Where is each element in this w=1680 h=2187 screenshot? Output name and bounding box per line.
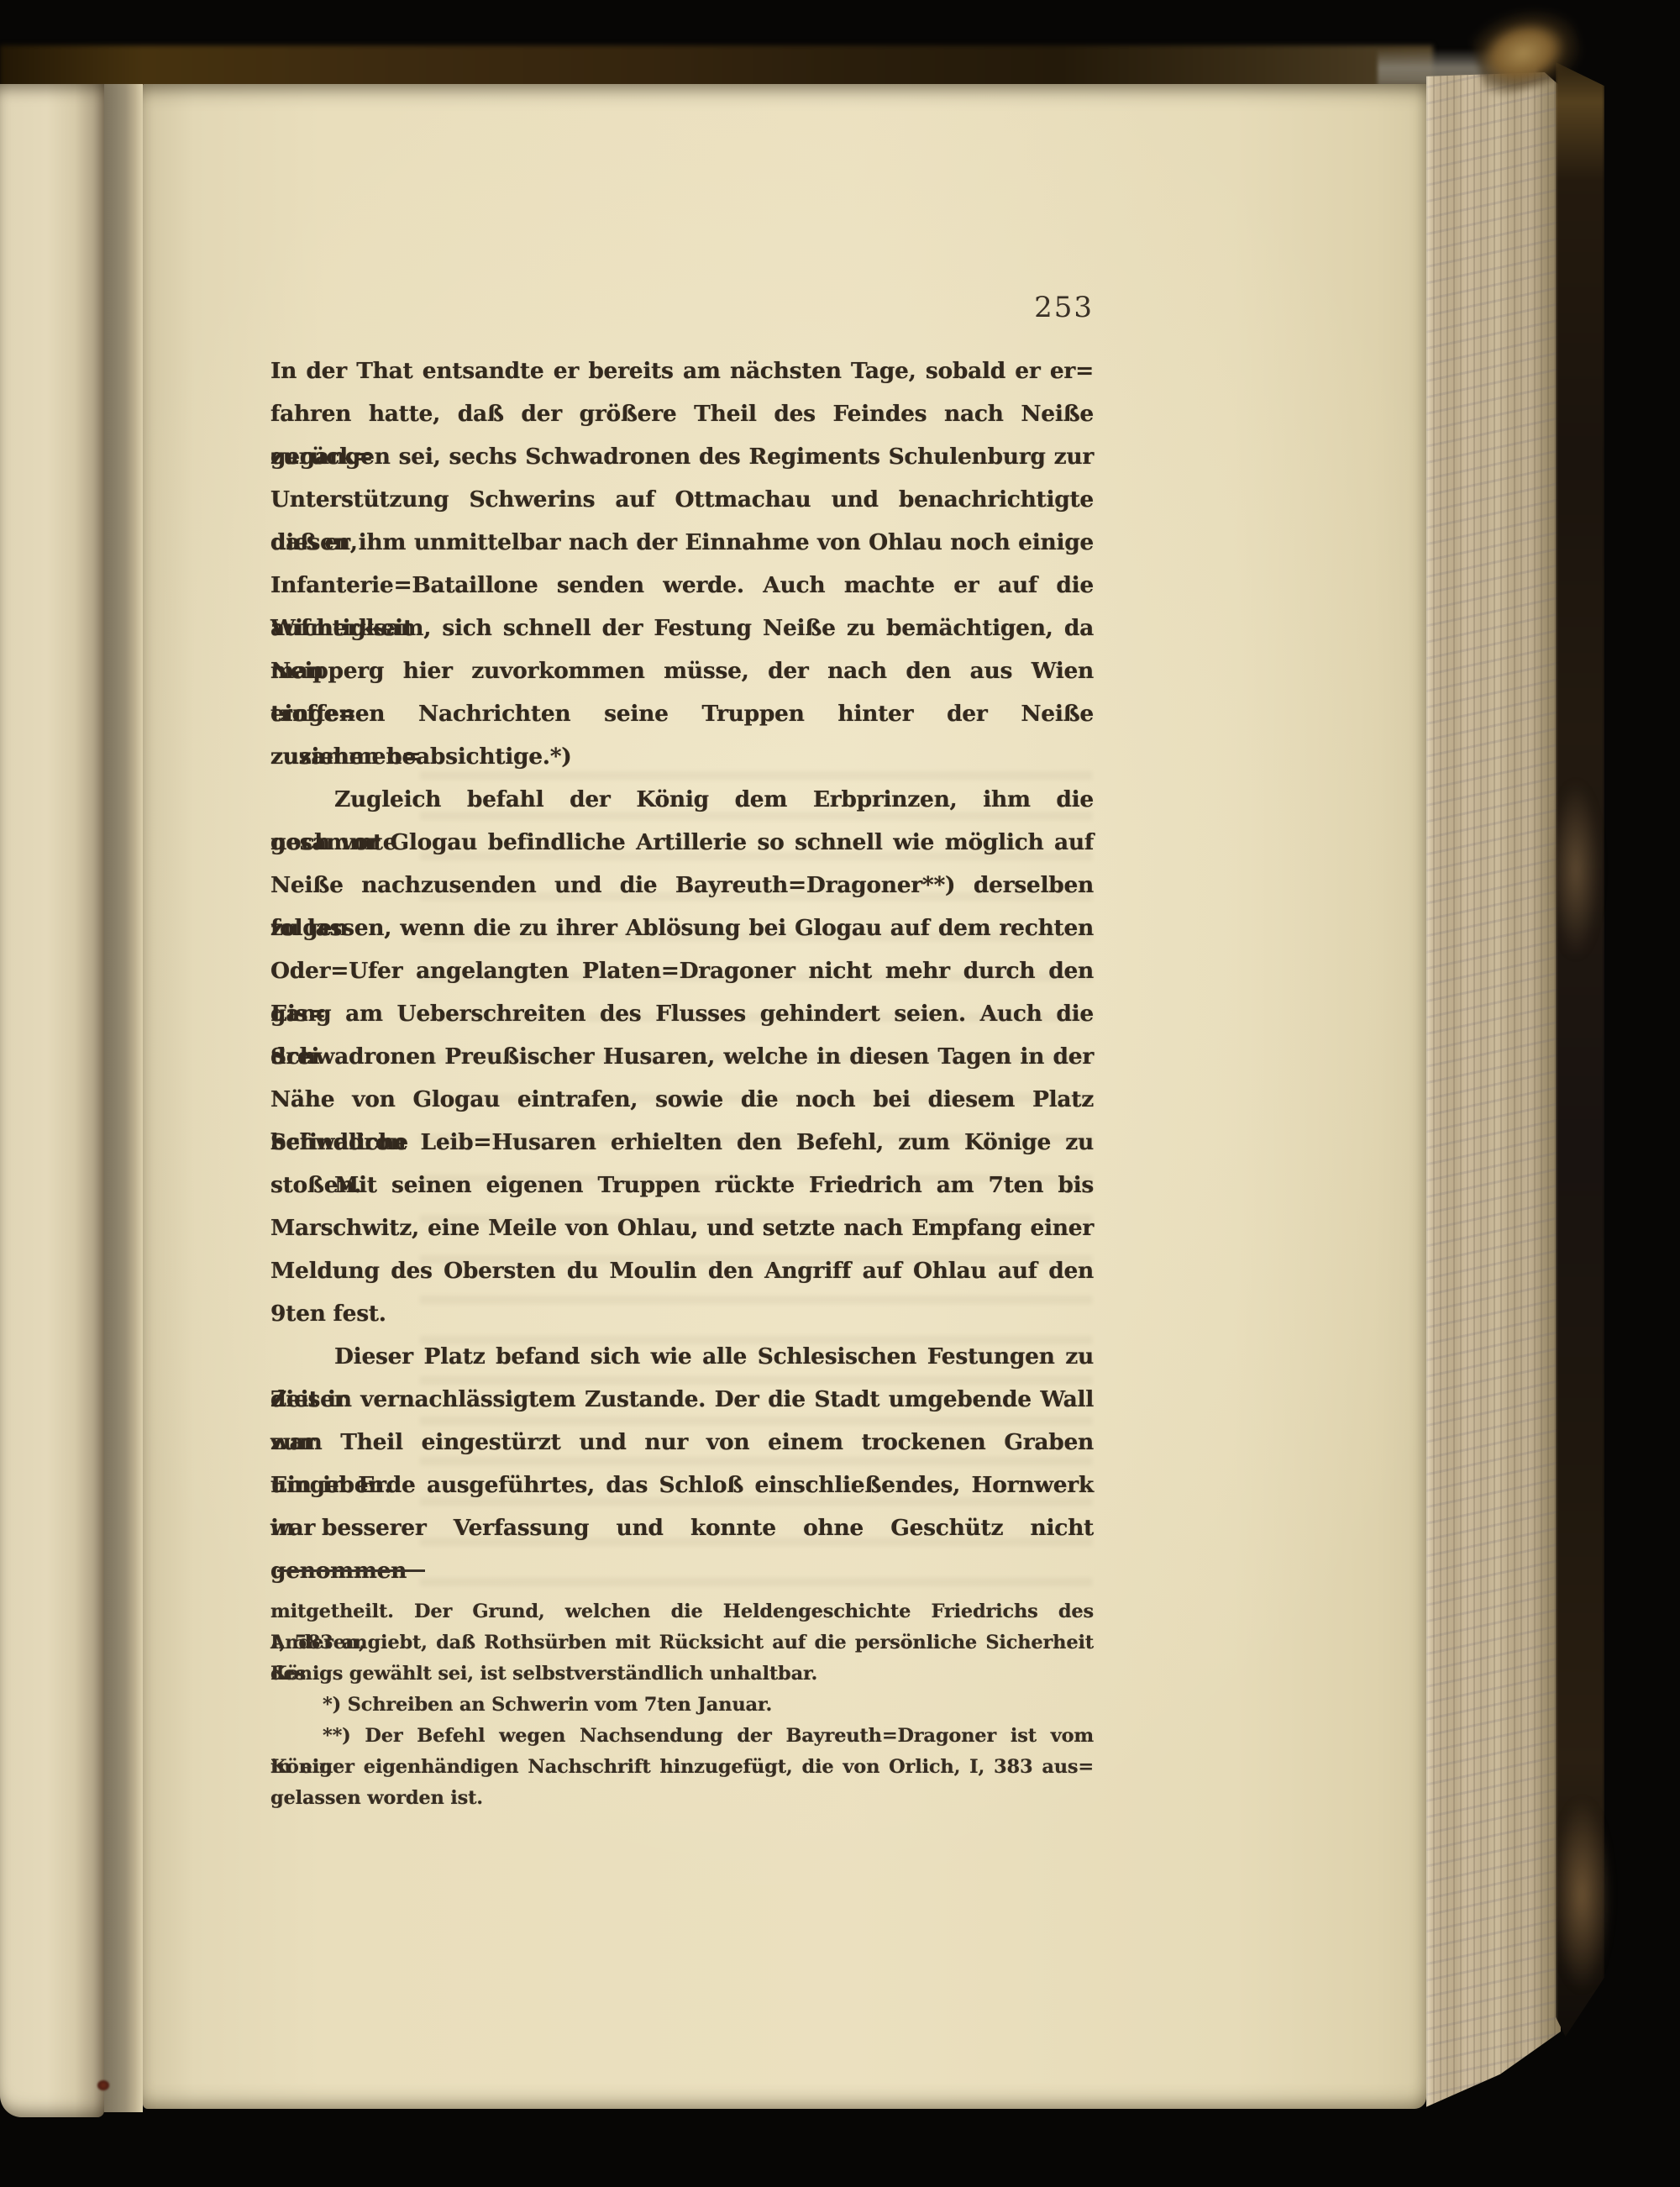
text-line: zuziehen beabsichtige.*) (270, 735, 1094, 778)
footnote-separator (277, 1569, 425, 1572)
text-line: Marschwitz, eine Meile von Ohlau, und se… (270, 1207, 1094, 1249)
text-line: daß er ihm unmittelbar nach der Einnahme… (270, 521, 1094, 564)
text-line: Infanterie=Bataillone senden werde. Auch… (270, 564, 1094, 607)
cover-marble-patch (1551, 781, 1601, 958)
cover-marble-patch (1552, 1798, 1611, 1991)
footnote-line: mitgetheilt. Der Grund, welchen die Held… (270, 1596, 1094, 1627)
text-line: zu lassen, wenn die zu ihrer Ablösung be… (270, 907, 1094, 949)
footnote-line: in einer eigenhändigen Nachschrift hinzu… (270, 1752, 1094, 1783)
text-line: Mit seinen eigenen Truppen rückte Friedr… (270, 1164, 1094, 1207)
text-line: Zeit in vernachlässigtem Zustande. Der d… (270, 1378, 1094, 1421)
text-line: aufmerksam, sich schnell der Festung Nei… (270, 607, 1094, 649)
text-line: Schwadronen Preußischer Husaren, welche … (270, 1035, 1094, 1078)
footnote-block: mitgetheilt. Der Grund, welchen die Held… (270, 1596, 1094, 1814)
text-line: troffenen Nachrichten seine Truppen hint… (270, 692, 1094, 735)
facing-page-edge (0, 84, 104, 2117)
text-line: Meldung des Obersten du Moulin den Angri… (270, 1249, 1094, 1292)
text-line: Nähe von Glogau eintrafen, sowie die noc… (270, 1078, 1094, 1121)
cover-marbled-edge (1556, 62, 1604, 2037)
footnote-line: I, 583 angiebt, daß Rothsürben mit Rücks… (270, 1627, 1094, 1659)
page-number: 253 (270, 291, 1094, 324)
text-line: noch vor Glogau befindliche Artillerie s… (270, 821, 1094, 864)
text-line: Schwadron Leib=Husaren erhielten den Bef… (270, 1121, 1094, 1164)
text-line: Neiße nachzusenden und die Bayreuth=Drag… (270, 864, 1094, 907)
text-line: Zugleich befahl der König dem Erbprinzen… (270, 778, 1094, 821)
footnote-line: Königs gewählt sei, ist selbstverständli… (270, 1659, 1094, 1690)
text-line: zum Theil eingestürzt und nur von einem … (270, 1421, 1094, 1464)
text-line: Neipperg hier zuvorkommen müsse, der nac… (270, 649, 1094, 692)
body-text-block: In der That entsandte er bereits am näch… (270, 350, 1094, 1549)
book-page: 253 In der That entsandte er bereits am … (143, 84, 1426, 2109)
text-line: In der That entsandte er bereits am näch… (270, 350, 1094, 392)
text-line: in besserer Verfassung und konnte ohne G… (270, 1506, 1094, 1549)
footnote-line: **) Der Befehl wegen Nachsendung der Bay… (270, 1721, 1094, 1752)
text-line: gang am Ueberschreiten des Flusses gehin… (270, 992, 1094, 1035)
gutter-shadow (104, 84, 143, 2112)
book-photo-scene: 253 In der That entsandte er bereits am … (0, 0, 1680, 2187)
text-line: Ein in Erde ausgeführtes, das Schloß ein… (270, 1464, 1094, 1506)
fore-edge-page-stack (1426, 72, 1561, 2109)
text-line: 9ten fest. (270, 1292, 1094, 1335)
text-line: Dieser Platz befand sich wie alle Schles… (270, 1335, 1094, 1378)
text-line: Unterstützung Schwerins auf Ottmachau un… (270, 478, 1094, 521)
text-line: fahren hatte, daß der größere Theil des … (270, 392, 1094, 435)
text-line: Oder=Ufer angelangten Platen=Dragoner ni… (270, 949, 1094, 992)
text-line: gegangen sei, sechs Schwadronen des Regi… (270, 435, 1094, 478)
footnote-line: *) Schreiben an Schwerin vom 7ten Januar… (270, 1690, 1094, 1721)
footnote-line: gelassen worden ist. (270, 1783, 1094, 1814)
red-speck (97, 2080, 109, 2090)
